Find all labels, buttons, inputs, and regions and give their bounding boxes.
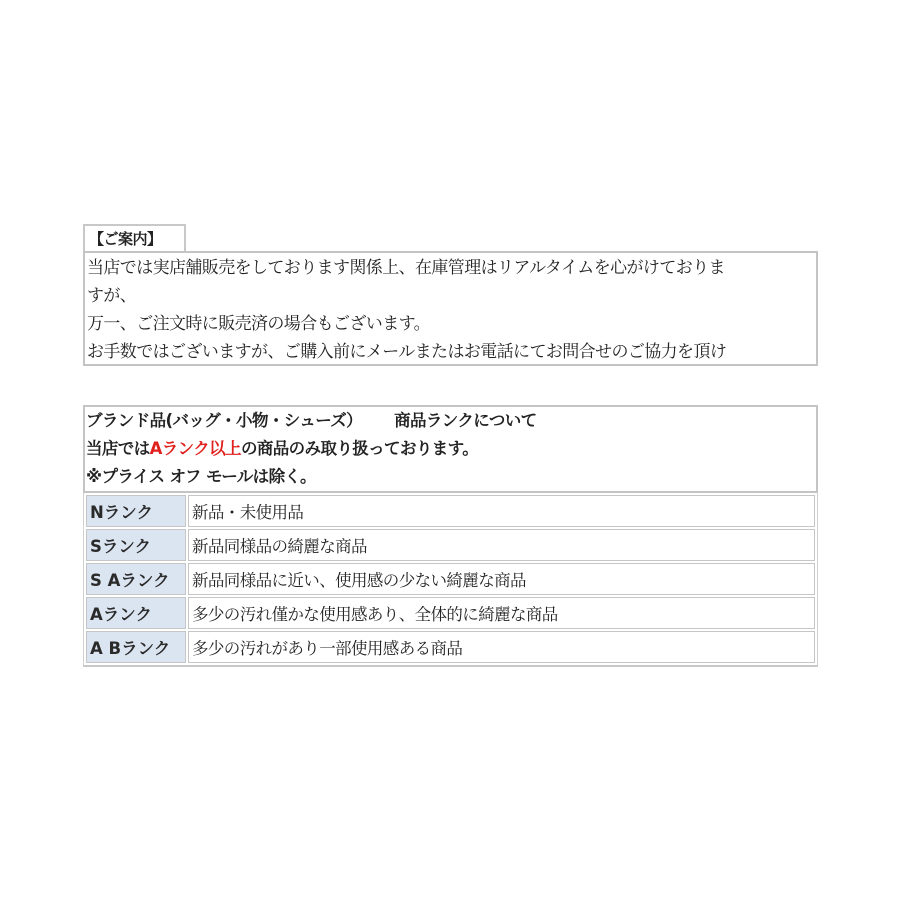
rank-table: Nランク 新品・未使用品 Sランク 新品同様品の綺麗な商品 S Aランク 新品同…	[83, 493, 818, 667]
notice-tab: 【ご案内】	[83, 224, 186, 251]
notice-line: すが、	[87, 282, 816, 310]
rank-name-cell: Nランク	[86, 495, 186, 527]
rank-description-cell: 新品同様品に近い、使用感の少ない綺麗な商品	[188, 563, 815, 595]
notice-line: 万一、ご注文時に販売済の場合もございます。	[87, 310, 816, 338]
rank-policy-highlight: Aランク以上	[150, 439, 241, 458]
notice-line: お手数ではございますが、ご購入前にメールまたはお電話にてお問合せのご協力を頂け	[87, 338, 816, 366]
table-row: Aランク 多少の汚れ僅かな使用感あり、全体的に綺麗な商品	[86, 597, 815, 629]
rank-name-cell: A Bランク	[86, 631, 186, 663]
rank-name-cell: Sランク	[86, 529, 186, 561]
rank-heading-title: 商品ランクについて	[394, 411, 536, 430]
exclusion-note: ※プライス オフ モールは除く。	[86, 463, 816, 491]
notice-line: 当店では実店舗販売をしております関係上、在庫管理はリアルタイムを心がけておりま	[87, 254, 816, 282]
table-row: Sランク 新品同様品の綺麗な商品	[86, 529, 815, 561]
table-row: Nランク 新品・未使用品	[86, 495, 815, 527]
rank-info-box: ブランド品(バッグ・小物・シューズ）商品ランクについて 当店ではAランク以上の商…	[83, 405, 818, 493]
rank-description-cell: 新品・未使用品	[188, 495, 815, 527]
table-row: S Aランク 新品同様品に近い、使用感の少ない綺麗な商品	[86, 563, 815, 595]
rank-info-heading: ブランド品(バッグ・小物・シューズ）商品ランクについて	[86, 407, 816, 435]
rank-heading-category: ブランド品(バッグ・小物・シューズ）	[86, 411, 362, 430]
rank-description-cell: 新品同様品の綺麗な商品	[188, 529, 815, 561]
rank-name-cell: S Aランク	[86, 563, 186, 595]
rank-description-cell: 多少の汚れがあり一部使用感ある商品	[188, 631, 815, 663]
notice-box: 当店では実店舗販売をしております関係上、在庫管理はリアルタイムを心がけておりま …	[83, 251, 818, 366]
rank-policy-suffix: の商品のみ取り扱っております。	[241, 439, 478, 458]
rank-policy-prefix: 当店では	[86, 439, 150, 458]
rank-policy: 当店ではAランク以上の商品のみ取り扱っております。	[86, 435, 816, 463]
table-row: A Bランク 多少の汚れがあり一部使用感ある商品	[86, 631, 815, 663]
rank-name-cell: Aランク	[86, 597, 186, 629]
rank-description-cell: 多少の汚れ僅かな使用感あり、全体的に綺麗な商品	[188, 597, 815, 629]
